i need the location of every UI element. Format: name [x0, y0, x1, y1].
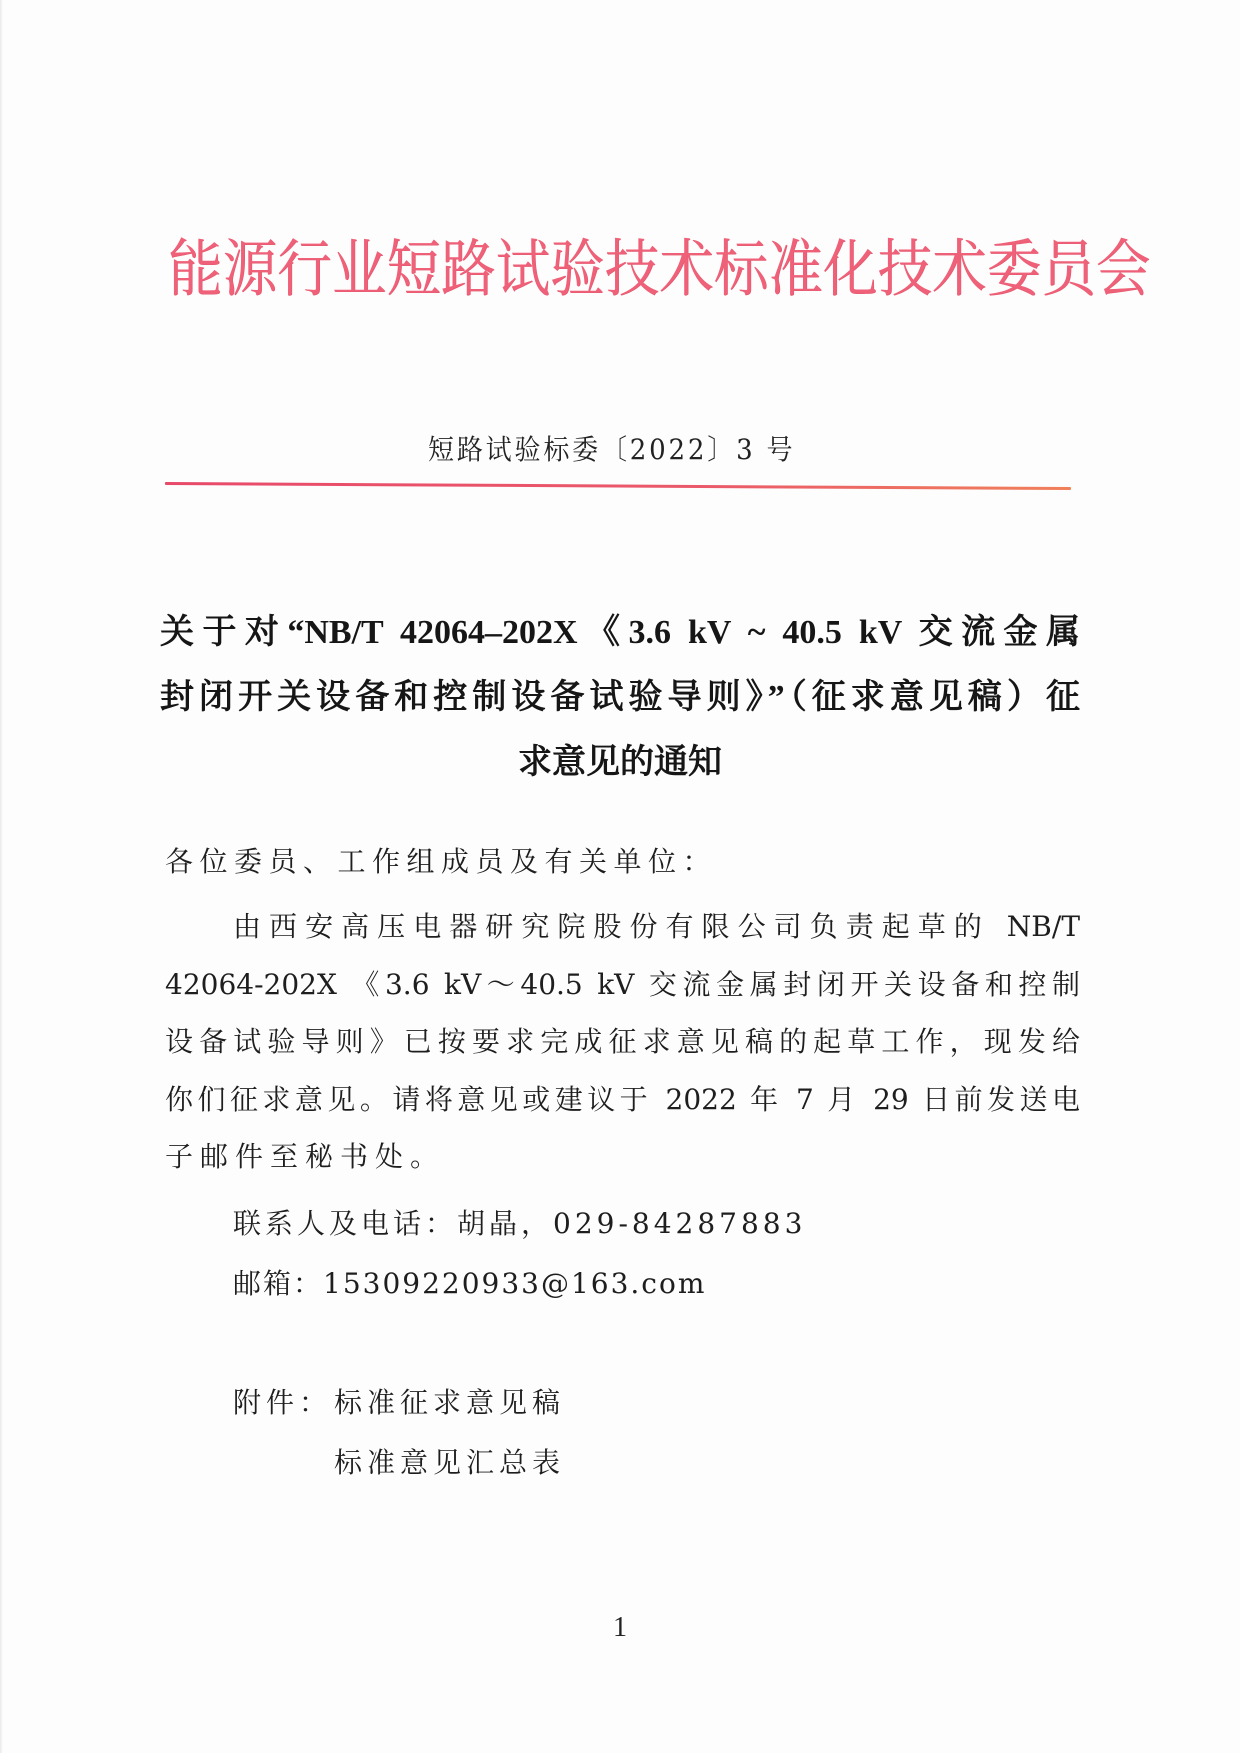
- masthead-char: 验: [550, 219, 605, 308]
- masthead-char: 术: [932, 219, 987, 308]
- notice-title-line: 求意见的通知: [160, 730, 1080, 795]
- masthead-char: 标: [714, 219, 769, 308]
- masthead-char: 源: [223, 219, 278, 308]
- masthead-char: 技: [605, 219, 660, 308]
- paragraph-line: 你们征求意见。请将意见或建议于 2022 年 7 月 29 日前发送电: [165, 1071, 1080, 1129]
- masthead-char: 业: [332, 219, 387, 308]
- red-divider-line: [165, 482, 1071, 490]
- masthead-char: 会: [1096, 219, 1151, 308]
- notice-title-line: 关于对“NB/T 42064–202X《3.6 kV ~ 40.5 kV 交流金…: [160, 600, 1080, 665]
- masthead-char: 员: [1041, 219, 1096, 308]
- masthead-char: 能: [168, 219, 223, 308]
- masthead-char: 行: [277, 219, 332, 308]
- masthead-char: 短: [386, 219, 441, 308]
- masthead-char: 技: [877, 219, 932, 308]
- contact-email: 邮箱：15309220933@163.com: [233, 1262, 1148, 1302]
- attachment-item: 标准征求意见稿: [334, 1381, 1240, 1421]
- masthead-char: 委: [987, 219, 1042, 308]
- contact-person-phone: 联系人及电话：胡晶，029-84287883: [233, 1202, 1148, 1242]
- body-paragraph: 由西安高压电器研究院股份有限公司负责起草的 NB/T 42064-202X 《3…: [165, 898, 1080, 1186]
- document-page: 能 源 行 业 短 路 试 验 技 术 标 准 化 技 术 委 员 会 短路试验…: [0, 0, 1240, 1753]
- paragraph-line: 42064-202X 《3.6 kV～40.5 kV 交流金属封闭开关设备和控制: [165, 956, 1080, 1014]
- notice-title-line: 封闭开关设备和控制设备试验导则》”（征求意见稿）征: [160, 665, 1080, 730]
- committee-masthead: 能 源 行 业 短 路 试 验 技 术 标 准 化 技 术 委 员 会: [168, 218, 1088, 308]
- masthead-char: 试: [495, 219, 550, 308]
- notice-title: 关于对“NB/T 42064–202X《3.6 kV ~ 40.5 kV 交流金…: [160, 600, 1080, 795]
- page-number: 1: [613, 1612, 627, 1644]
- paragraph-line: 由西安高压电器研究院股份有限公司负责起草的 NB/T: [165, 898, 1080, 956]
- attachment-item: 标准意见汇总表: [334, 1441, 1240, 1481]
- salutation: 各位委员、工作组成员及有关单位：: [165, 840, 1080, 880]
- masthead-char: 术: [659, 219, 714, 308]
- masthead-char: 路: [441, 219, 496, 308]
- paragraph-line: 子邮件至秘书处。: [165, 1128, 1080, 1186]
- masthead-char: 化: [823, 219, 878, 308]
- scan-edge: [0, 0, 3, 1753]
- paragraph-line: 设备试验导则》已按要求完成征求意见稿的起草工作，现发给: [165, 1013, 1080, 1071]
- masthead-char: 准: [768, 219, 823, 308]
- document-number: 短路试验标委〔2022〕3 号: [428, 428, 795, 464]
